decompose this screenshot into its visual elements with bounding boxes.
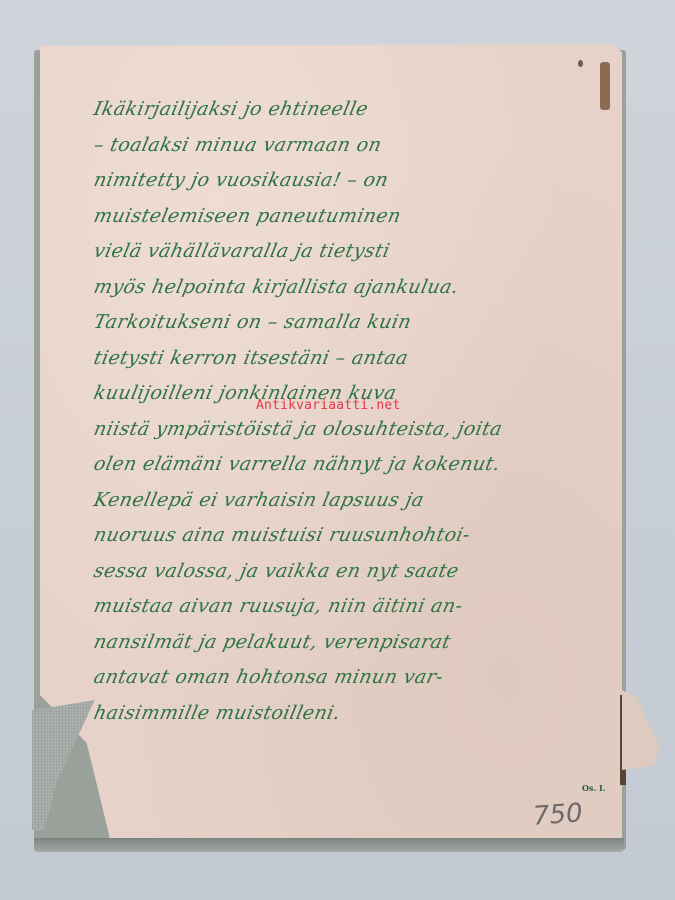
handwriting-line: niistä ympäristöistä ja olosuhteista, jo… (90, 412, 608, 448)
handwriting-line: Ikäkirjailijaksi jo ehtineelle (90, 92, 608, 128)
handwriting-line: haisimmille muistoilleni. (90, 696, 608, 732)
handwriting-line: muistaa aivan ruusuja, niin äitini an- (90, 589, 608, 625)
handwriting-line: antavat oman hohtonsa minun var- (90, 660, 608, 696)
handwriting-line: vielä vähällävaralla ja tietysti (90, 234, 608, 270)
torn-spine-flap (622, 690, 662, 770)
pencil-price: 750 (532, 798, 584, 831)
handwriting-line: tietysti kerron itsestäni – antaa (90, 341, 608, 377)
handwriting-line: sessa valossa, ja vaikka en nyt saate (90, 554, 608, 590)
handwriting-line: muistelemiseen paneutuminen (90, 199, 608, 235)
handwriting-line: Kenellepä ei varhaisin lapsuus ja (90, 483, 608, 519)
handwriting-line: olen elämäni varrella nähnyt ja kokenut. (90, 447, 608, 483)
handwriting-line: myös helpointa kirjallista ajankulua. (90, 270, 608, 306)
handwriting-line: Tarkoitukseni on – samalla kuin (90, 305, 608, 341)
handwriting-line: – toalaksi minua varmaan on (90, 128, 608, 164)
book-bottom-edge (34, 838, 624, 852)
handwriting-line: nimitetty jo vuosikausia! – on (90, 163, 608, 199)
watermark: Antikvariaatti.net (256, 398, 400, 413)
volume-label: Os. I. (582, 783, 606, 793)
pin-hole (578, 60, 583, 67)
handwriting-line: nuoruus aina muistuisi ruusunhohtoi- (90, 518, 608, 554)
handwriting-line: nansilmät ja pelakuut, verenpisarat (90, 625, 608, 661)
